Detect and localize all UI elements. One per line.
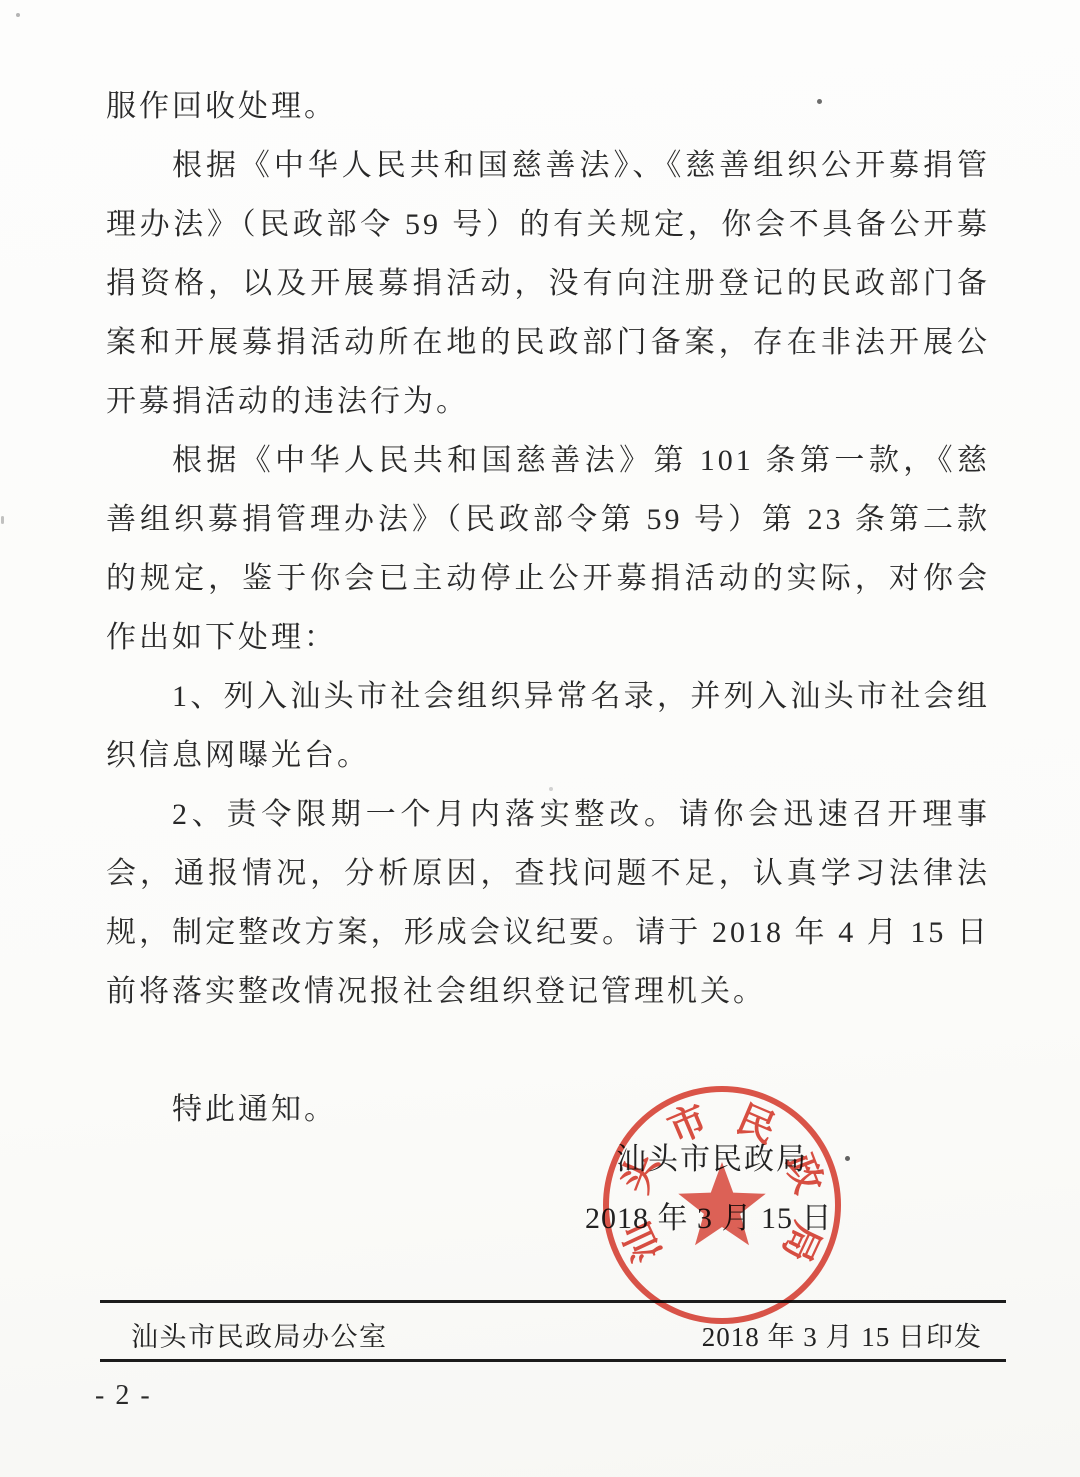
paragraph: 根据《中华人民共和国慈善法》、《慈善组织公开募捐管理办法》（民政部令 59 号）… — [106, 136, 990, 431]
seal-arc-char: 民 — [730, 1098, 781, 1152]
paragraph: 根据《中华人民共和国慈善法》第 101 条第一款，《慈善组织募捐管理办法》（民政… — [106, 431, 990, 667]
seal-arc-char: 头 — [614, 1148, 667, 1199]
scan-artifact-dot — [845, 1156, 850, 1161]
page-number: - 2 - — [95, 1380, 152, 1412]
paragraph-continuation: 服作回收处理。 — [106, 77, 990, 136]
seal-arc-char: 市 — [662, 1098, 713, 1152]
seal-star-icon — [678, 1162, 765, 1245]
scan-artifact-dot — [1, 516, 4, 524]
footer-issuing-office: 汕头市民政局办公室 — [131, 1315, 388, 1354]
footer-bottom-rule — [100, 1359, 1006, 1362]
scan-artifact-dot — [549, 787, 553, 791]
list-item-2: 2、责令限期一个月内落实整改。请你会迅速召开理事会，通报情况，分析原因，查找问题… — [106, 785, 990, 1021]
document-body: 服作回收处理。 根据《中华人民共和国慈善法》、《慈善组织公开募捐管理办法》（民政… — [106, 77, 990, 1139]
document-page: 服作回收处理。 根据《中华人民共和国慈善法》、《慈善组织公开募捐管理办法》（民政… — [0, 0, 1080, 1477]
closing-line: 特此通知。 — [106, 1080, 990, 1139]
list-item-1: 1、列入汕头市社会组织异常名录，并列入汕头市社会组织信息网曝光台。 — [106, 667, 990, 785]
seal-arc-char: 政 — [777, 1149, 830, 1200]
footer-top-rule — [100, 1300, 1006, 1303]
scan-artifact-dot — [817, 99, 822, 104]
scan-artifact-dot — [16, 13, 20, 17]
seal-arc-char: 局 — [774, 1216, 828, 1268]
official-seal: 汕 头 市 民 政 局 — [596, 1079, 848, 1331]
seal-arc-char: 汕 — [616, 1216, 670, 1268]
